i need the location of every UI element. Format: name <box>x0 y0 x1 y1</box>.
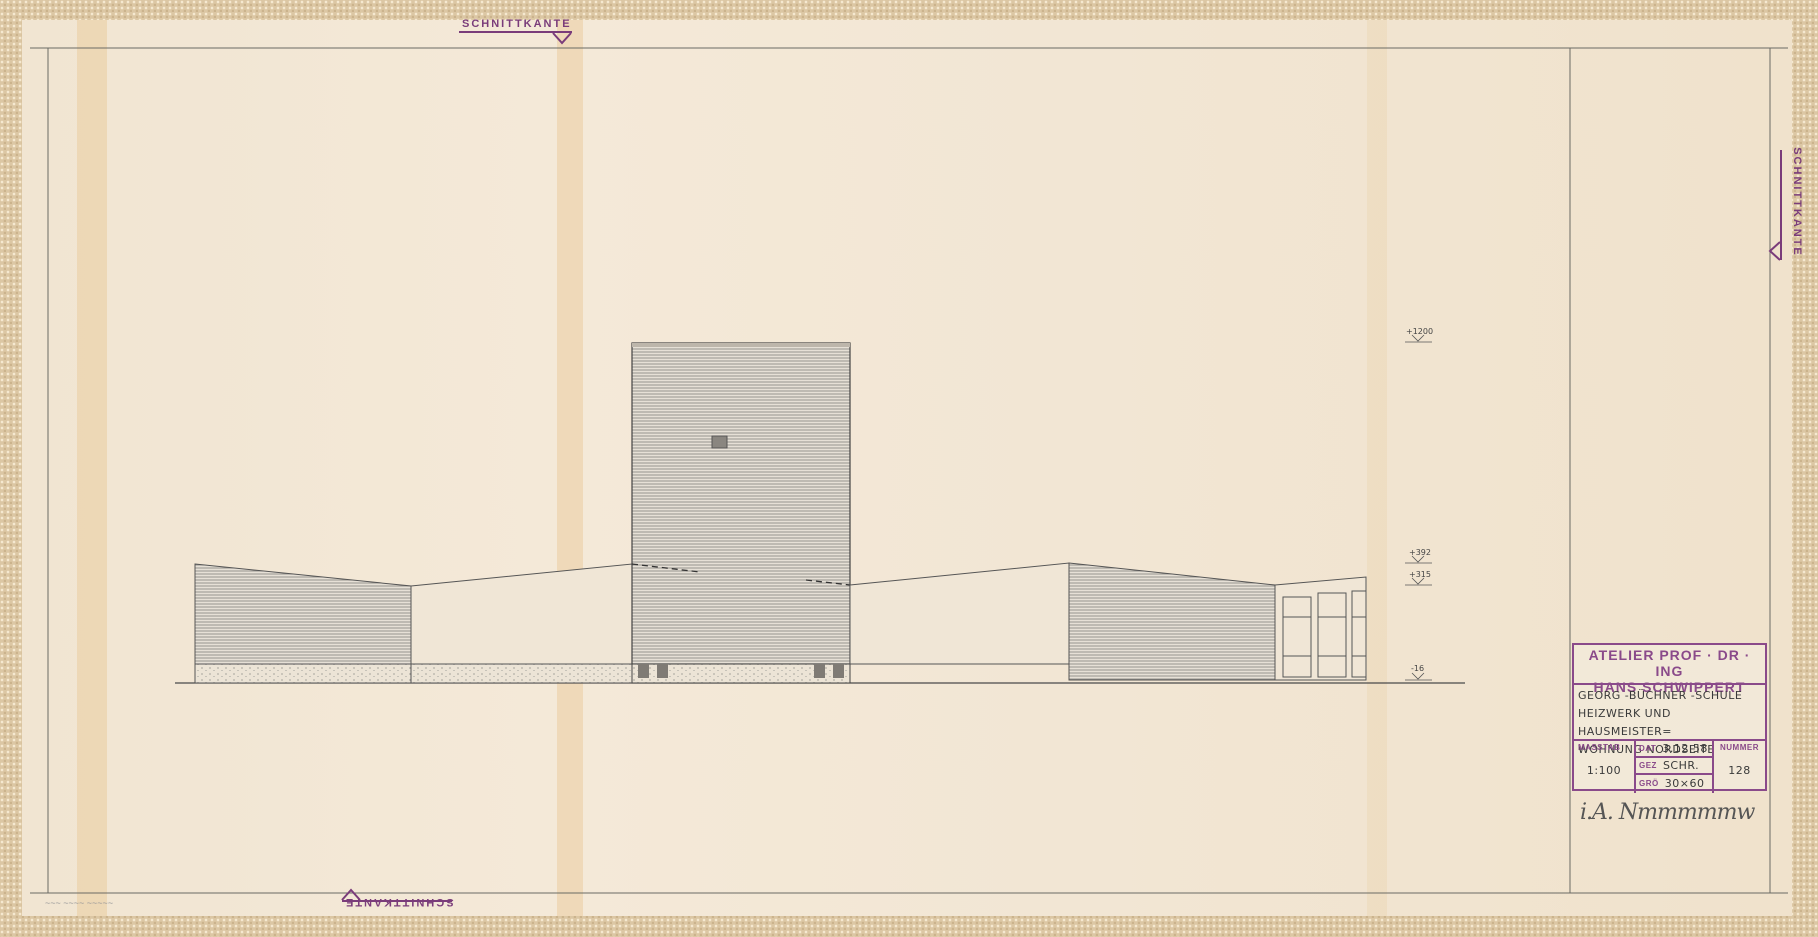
drawn-value: SCHR. <box>1663 757 1699 775</box>
size-label: GRÖ <box>1639 779 1659 788</box>
title-block-grid: MASSTAB 1:100 DAT 3.12.58 GEZ SCHR. GRÖ … <box>1574 741 1765 793</box>
elevation-label: +392 <box>1409 548 1431 557</box>
tower-opening <box>814 664 825 678</box>
elevation-label: +315 <box>1409 570 1431 579</box>
elevation-label: -16 <box>1411 664 1424 673</box>
tower-top-edge <box>632 343 850 347</box>
cut-mark-label-right: SCHNITTKANTE <box>1791 147 1803 257</box>
elevation-label: +1200 <box>1406 327 1433 336</box>
size-value: 30×60 <box>1665 775 1705 793</box>
frame-lines <box>30 48 1788 893</box>
signature: i.A. Nmmmmmw <box>1580 800 1754 825</box>
left-link-plinth <box>411 664 632 683</box>
glazed-section <box>1275 577 1366 680</box>
drawn-row: GEZ SCHR. <box>1636 758 1712 775</box>
right-link <box>850 563 1069 664</box>
office-line1: ATELIER PROF · DR · ING <box>1574 647 1765 679</box>
elevation-drawing <box>0 0 1818 937</box>
tower <box>632 343 850 664</box>
size-row: GRÖ 30×60 <box>1636 775 1712 792</box>
number-label: NUMMER <box>1718 743 1761 752</box>
cut-mark-label-bottom: SCHNITTKANTE <box>344 896 454 908</box>
tower-vent <box>712 436 727 448</box>
pencil-note: ~~~ ~~~~ ~~~~~ <box>45 898 113 908</box>
tower-opening <box>833 664 844 678</box>
cut-mark-triangles <box>342 32 1781 901</box>
description-line1: HEIZWERK UND HAUSMEISTER= <box>1578 705 1761 741</box>
description-area: GEORG -BÜCHNER -SCHULE HEIZWERK UND HAUS… <box>1574 685 1765 741</box>
number-cell: NUMMER 128 <box>1714 741 1765 793</box>
date-value: 3.12.58 <box>1662 740 1708 758</box>
right-wing <box>1069 563 1275 680</box>
meta-cell: DAT 3.12.58 GEZ SCHR. GRÖ 30×60 <box>1636 741 1714 793</box>
elevation-marker-group <box>1405 335 1432 680</box>
project-name: GEORG -BÜCHNER -SCHULE <box>1578 687 1761 705</box>
tower-opening <box>638 664 649 678</box>
left-wing-plinth <box>195 664 411 683</box>
date-row: DAT 3.12.58 <box>1636 741 1712 758</box>
number-value: 128 <box>1718 762 1761 780</box>
cut-mark-label-top: SCHNITTKANTE <box>462 18 572 30</box>
scale-label: MASSTAB <box>1578 743 1630 752</box>
date-label: DAT <box>1639 744 1656 753</box>
tower-opening <box>657 664 668 678</box>
office-stamp: ATELIER PROF · DR · ING HANS SCHWIPPERT <box>1574 645 1765 685</box>
scale-cell: MASSTAB 1:100 <box>1574 741 1636 793</box>
left-link <box>411 564 632 664</box>
scale-value: 1:100 <box>1578 762 1630 780</box>
left-wing <box>195 564 411 664</box>
drawn-label: GEZ <box>1639 761 1657 770</box>
title-block: ATELIER PROF · DR · ING HANS SCHWIPPERT … <box>1572 643 1767 791</box>
